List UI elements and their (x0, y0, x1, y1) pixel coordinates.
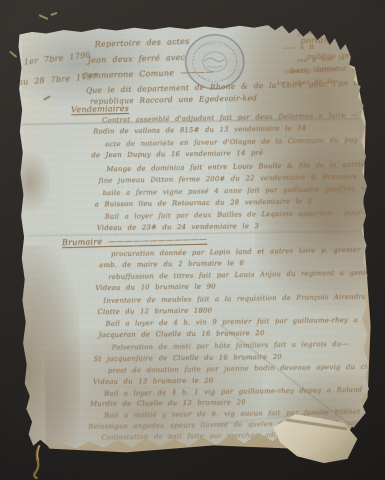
margin-date-note: au 28 7bre 1797 (18, 72, 98, 87)
manuscript-line: publics rec. de (307, 50, 373, 61)
manuscript-line: Bail a loyer fait par deux Bailles de Le… (105, 209, 369, 221)
manuscript-line: fine jumeau Ditton ferme 200# du 22 vend… (99, 173, 358, 185)
paper-fiber (38, 14, 48, 20)
manuscript-line: portant minute — (300, 34, 382, 46)
manuscript-line: amb. de maire du 2 brumaire le 6 (99, 259, 244, 269)
photograph-dark-background: 1er 7bre 1796au 28 7bre 1797 june—— a Rr… (0, 0, 385, 480)
manuscript-line: Bail a moitié y secur de b. vig aucun fa… (104, 408, 360, 420)
section-header: Brumaire ———————————— (62, 235, 207, 248)
manuscript-line: baile a ferme vigne passé 4 anne fait pa… (103, 184, 385, 197)
faded-text-fragment: chevau lintirint (285, 66, 339, 76)
manuscript-line: procuration donnée par Lopin land et aut… (111, 245, 385, 258)
paper-fiber (50, 12, 57, 16)
manuscript-line: Clotte du 12 brumaire 1800 (97, 307, 212, 316)
manuscript-line: barry letterne aubervist (291, 63, 385, 75)
stain-top-right (226, 6, 383, 253)
stain-left-edge-spot (15, 152, 51, 212)
manuscript-line: Rodin de vallons de 815# du 13 vendemiai… (93, 124, 306, 135)
faded-text-fragment: june (298, 28, 315, 37)
paper-fiber (9, 51, 17, 58)
manuscript-line: St jacquenfaire de Cluelle du 16 brumair… (94, 353, 282, 363)
manuscript-line: acte de notoriete en faveur d'Olagne de … (105, 135, 385, 149)
manuscript-line: republique Raccord une Egedevoir-ked (90, 93, 257, 105)
manuscript-line: Videau de 23# du 24 vendemiaire le 3 (97, 222, 259, 232)
margin-date-note: 1er 7bre 1796 (23, 50, 91, 66)
stain-bottom-left-corner (2, 245, 81, 458)
section-header: Vendemiaires (71, 104, 129, 114)
manuscript-line: rebuffassion de titres fait par Louis An… (108, 268, 385, 281)
manuscript-line: Videau du 13 brumaire le 20 (93, 377, 214, 386)
manuscript-line: Inventaire de meubles fait a la requisit… (103, 292, 383, 304)
manuscript-line: Bail a loyer de 4 b. 1 vig par guillaume… (104, 386, 363, 398)
manuscript-line: Murdin de Cluelle du 13 brumaire 20 (90, 398, 246, 408)
manuscript-line: Contrat assemblé d'adjudant fait par deu… (102, 111, 358, 124)
faded-text-fragment: res a hub la (297, 55, 345, 65)
binding-clasp-icon (29, 445, 51, 479)
manuscript-line: Repertoire des actes (94, 37, 189, 49)
manuscript-line: Videau du 10 brumaire le 90 (95, 283, 216, 292)
manuscript-line: prest de donation faite par jeanne bodin… (108, 363, 375, 375)
manuscript-line: Jacqueran de Cluelle du 16 brumaire 20 (99, 329, 265, 339)
manuscript-line: Bail a loyer de 4 b. vin 9 premier fait … (106, 315, 385, 327)
manuscript-line: Jean deux ferré avec (88, 53, 186, 65)
faded-text-fragment: —— a R (283, 44, 315, 52)
manuscript-line: de Jean Dupuy du 16 vendemiaire 14 pré (91, 149, 263, 159)
crease-line (26, 230, 360, 238)
crease-line (22, 117, 360, 126)
manuscript-rotation-wrapper: 1er 7bre 1796au 28 7bre 1797 june—— a Rr… (0, 0, 385, 480)
manuscript-line: Mange de dominica fait entre Louis Boull… (106, 160, 384, 173)
stain-top-left-mottling (22, 28, 163, 105)
manuscript-line: a Buisson lieu de Retournac du 28 vendem… (95, 197, 313, 208)
manuscript-page: 1er 7bre 1796au 28 7bre 1797 june—— a Rr… (14, 23, 369, 449)
manuscript-line: Palseration de misti par hôte familiers … (112, 340, 349, 352)
faded-text-fragment: lors chez de la (277, 78, 334, 87)
notarial-stamp-icon (183, 33, 247, 91)
